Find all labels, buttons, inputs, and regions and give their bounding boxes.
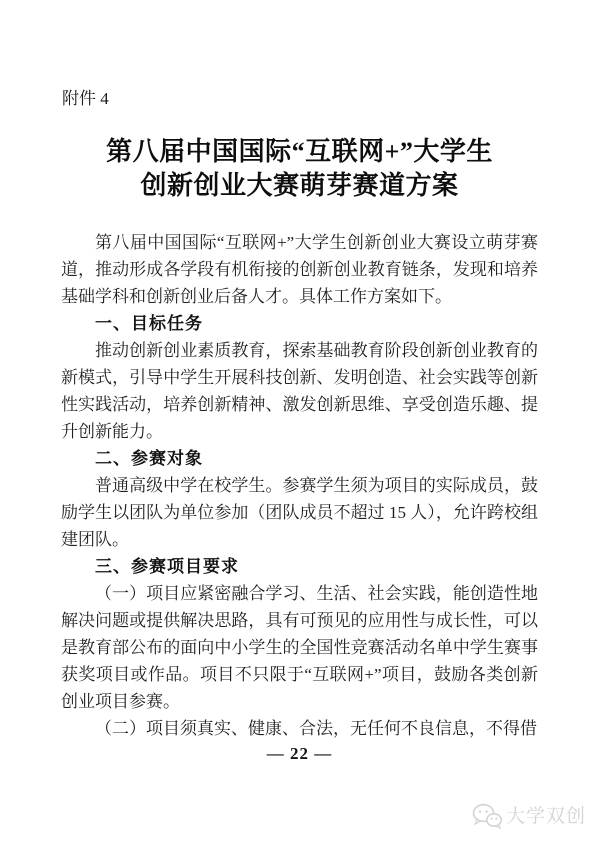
attachment-label: 附件 4 — [62, 88, 109, 110]
wechat-icon — [472, 803, 502, 830]
document-title: 第八届中国国际“互联网+”大学生 创新创业大赛萌芽赛道方案 — [0, 135, 599, 203]
section-heading-goals: 一、目标任务 — [61, 310, 538, 337]
section-goals-paragraph: 推动创新创业素质教育，探索基础教育阶段创新创业教育的新模式，引导中学生开展科技创… — [61, 337, 538, 445]
section-requirements-paragraph-2: （二）项目须真实、健康、合法，无任何不良信息，不得借 — [61, 715, 538, 742]
section-heading-project-requirements: 三、参赛项目要求 — [61, 553, 538, 580]
title-line-1: 第八届中国国际“互联网+”大学生 — [0, 135, 599, 169]
intro-paragraph: 第八届中国国际“互联网+”大学生创新创业大赛设立萌芽赛道，推动形成各学段有机衔接… — [61, 229, 538, 310]
document-page: 附件 4 第八届中国国际“互联网+”大学生 创新创业大赛萌芽赛道方案 第八届中国… — [0, 0, 599, 847]
section-requirements-paragraph-1: （一）项目应紧密融合学习、生活、社会实践，能创造性地解决问题或提供解决思路，具有… — [61, 580, 538, 715]
title-line-2: 创新创业大赛萌芽赛道方案 — [0, 169, 599, 203]
section-participants-paragraph: 普通高级中学在校学生。参赛学生须为项目的实际成员，鼓励学生以团队为单位参加（团队… — [61, 472, 538, 553]
watermark-label: 大学双创 — [506, 804, 586, 830]
document-body: 第八届中国国际“互联网+”大学生创新创业大赛设立萌芽赛道，推动形成各学段有机衔接… — [61, 229, 538, 742]
section-heading-participants: 二、参赛对象 — [61, 445, 538, 472]
watermark: 大学双创 — [472, 803, 586, 830]
page-number: — 22 — — [0, 744, 599, 764]
